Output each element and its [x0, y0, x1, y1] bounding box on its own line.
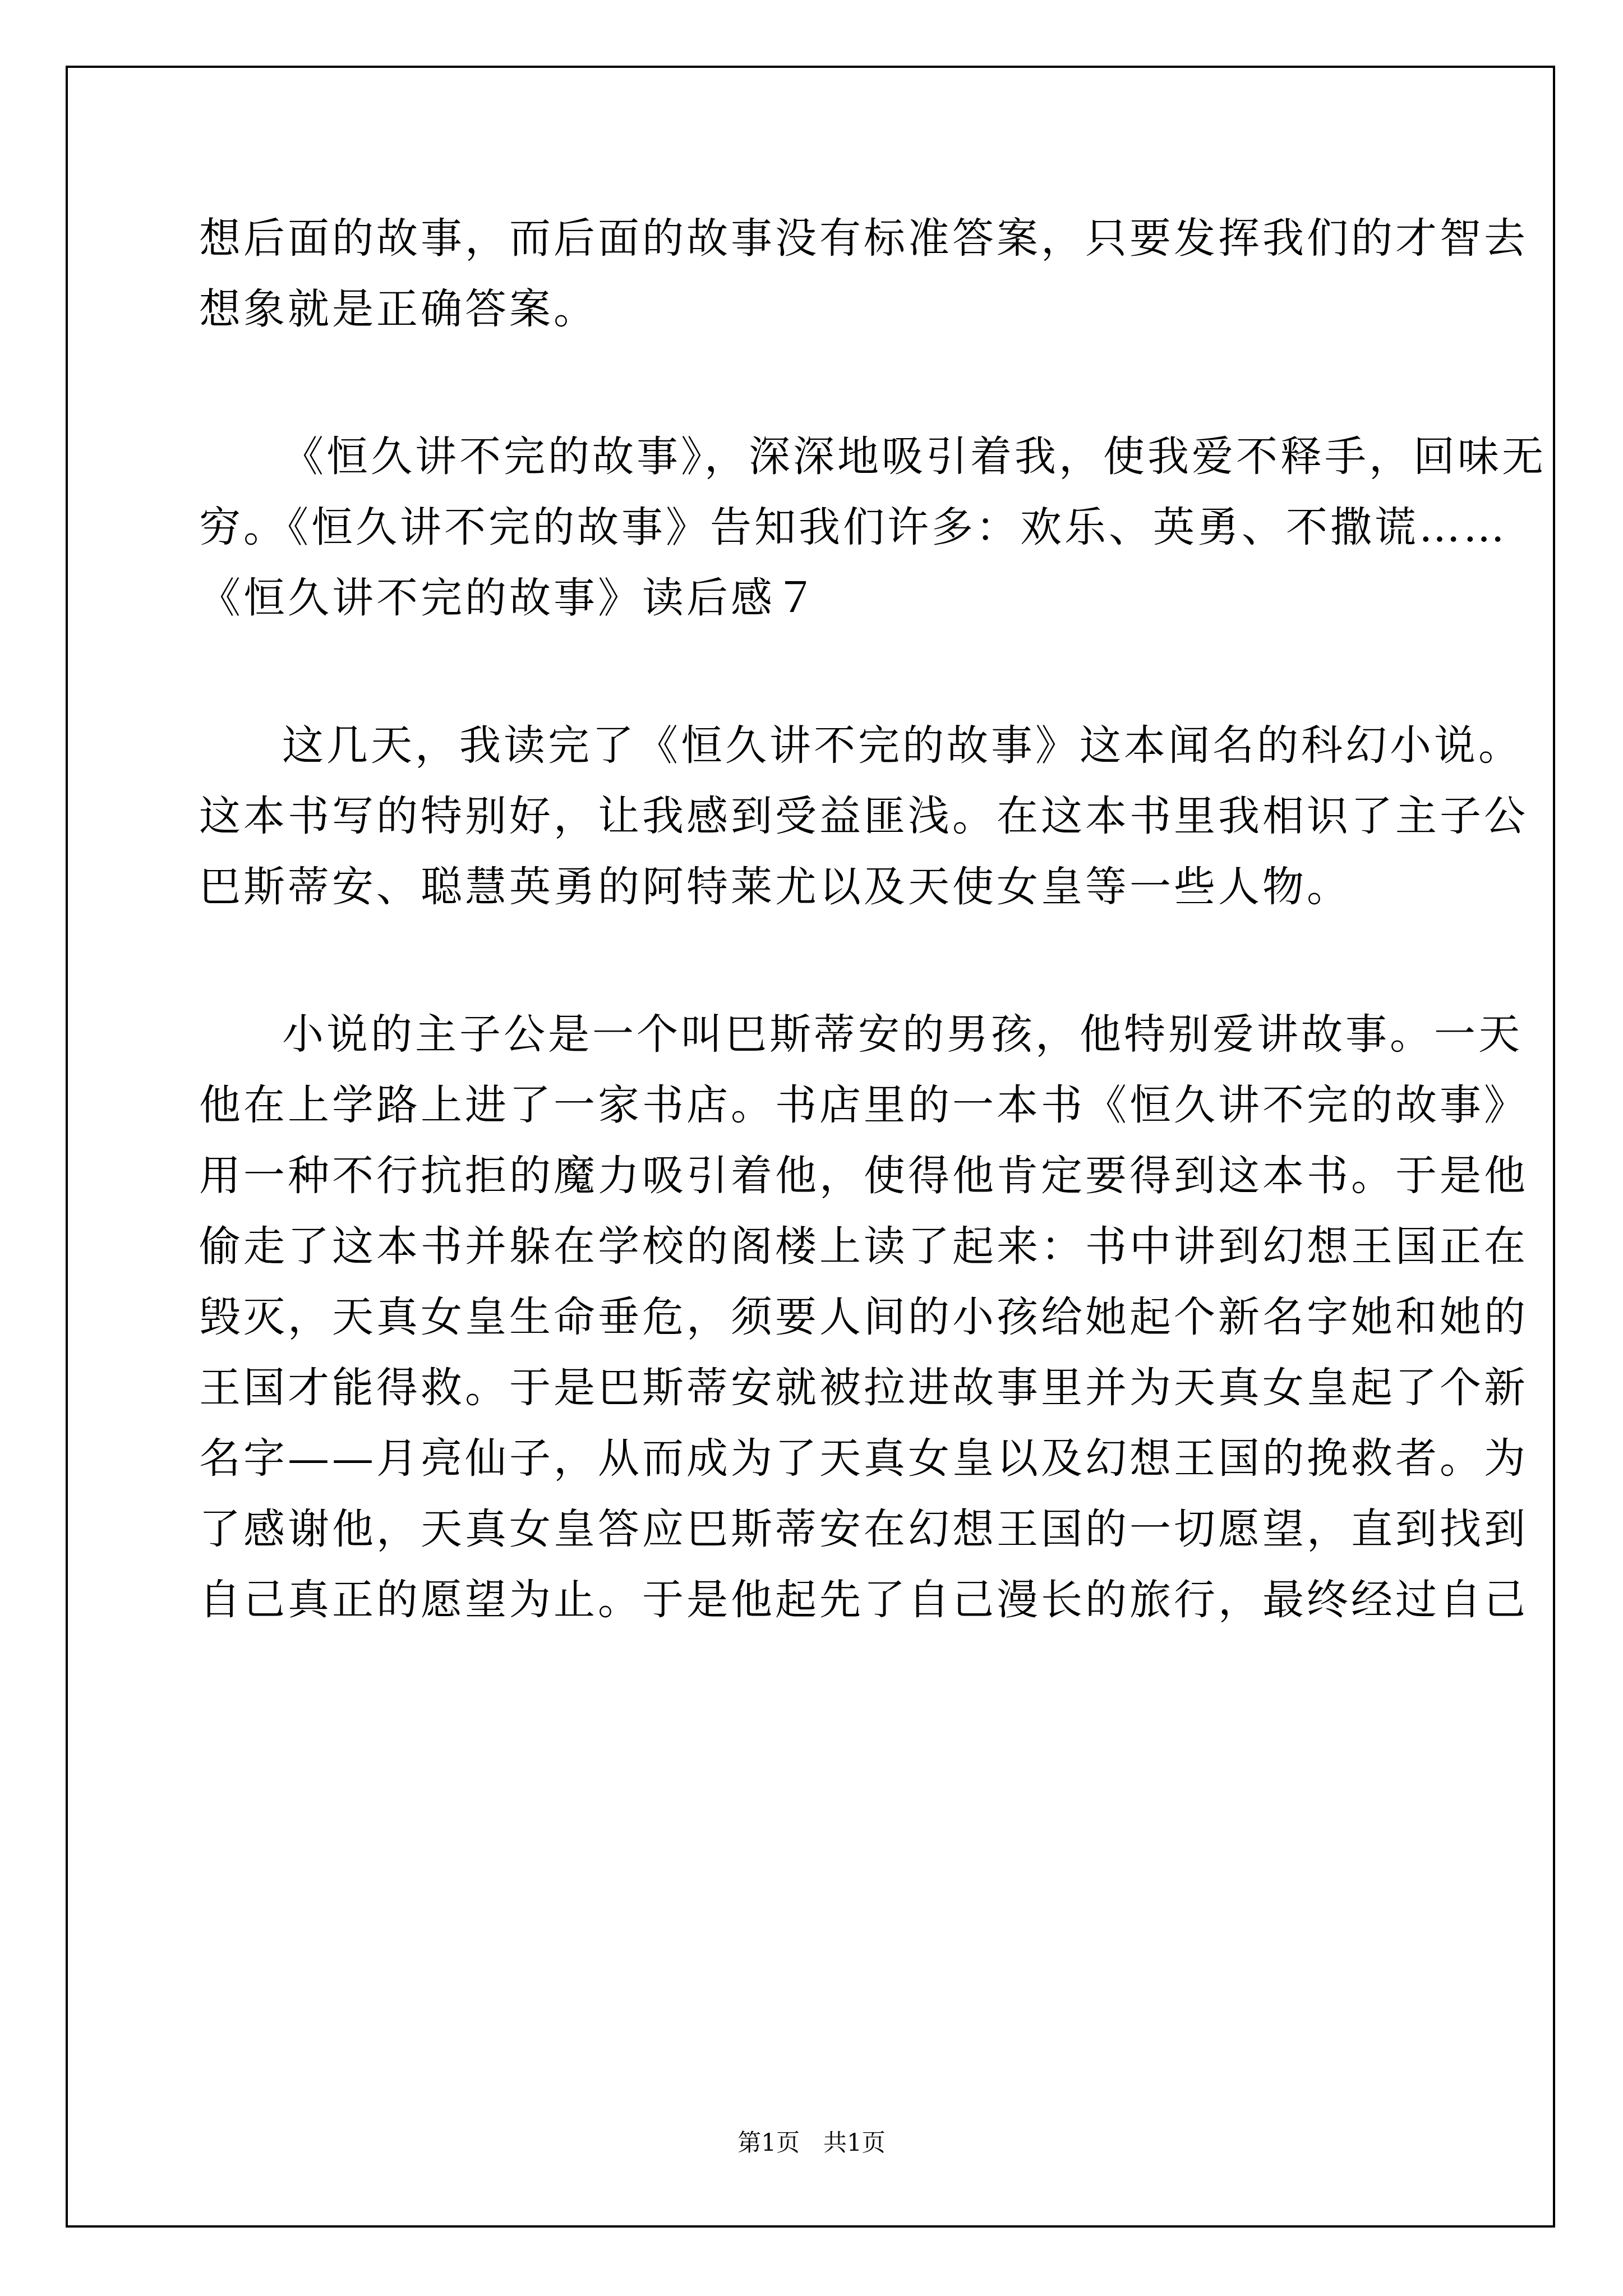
text-line: 他在上学路上进了一家书店。书店里的一本书《恒久讲不完的故事》: [199, 1080, 1528, 1130]
text-line: 用一种不行抗拒的魔力吸引着他，使得他肯定要得到这本书。于是他: [199, 1151, 1528, 1201]
text-line: 巴斯蒂安、聪慧英勇的阿特莱尤以及天使女皇等一些人物。: [199, 862, 1351, 912]
text-line: 这本书写的特别好，让我感到受益匪浅。在这本书里我相识了主子公: [199, 791, 1528, 841]
paragraph-start-line: 《恒久讲不完的故事》，深深地吸引着我，使我爱不释手，回味无: [199, 431, 1546, 482]
text-line: 王国才能得救。于是巴斯蒂安就被拉进故事里并为天真女皇起了个新: [199, 1363, 1528, 1413]
text-line: 想后面的故事，而后面的故事没有标准答案，只要发挥我们的才智去: [199, 213, 1528, 264]
paragraph-start-line: 小说的主子公是一个叫巴斯蒂安的男孩，他特别爱讲故事。一天: [199, 1009, 1523, 1060]
page-number-label: 第1页 共1页: [737, 2129, 885, 2156]
text-line: 偷走了这本书并躲在学校的阁楼上读了起来：书中讲到幻想王国正在: [199, 1221, 1528, 1272]
text-line: 毁灭，天真女皇生命垂危，须要人间的小孩给她起个新名字她和她的: [199, 1292, 1528, 1342]
text-line: 穷。《恒久讲不完的故事》告知我们许多：欢乐、英勇、不撒谎……: [199, 502, 1507, 553]
text-line: 想象就是正确答案。: [199, 284, 598, 334]
text-line: 名字——月亮仙子，从而成为了天真女皇以及幻想王国的挽救者。为: [199, 1433, 1528, 1484]
section-heading: 《恒久讲不完的故事》读后感７: [199, 573, 819, 623]
text-line: 自己真正的愿望为止。于是他起先了自己漫长的旅行，最终经过自己: [199, 1575, 1528, 1625]
paragraph-start-line: 这几天，我读完了《恒久讲不完的故事》这本闻名的科幻小说。: [199, 720, 1523, 771]
page-footer: 第1页 共1页: [0, 2126, 1623, 2160]
page-frame: [66, 66, 1555, 2228]
text-line: 了感谢他，天真女皇答应巴斯蒂安在幻想王国的一切愿望，直到找到: [199, 1504, 1528, 1554]
